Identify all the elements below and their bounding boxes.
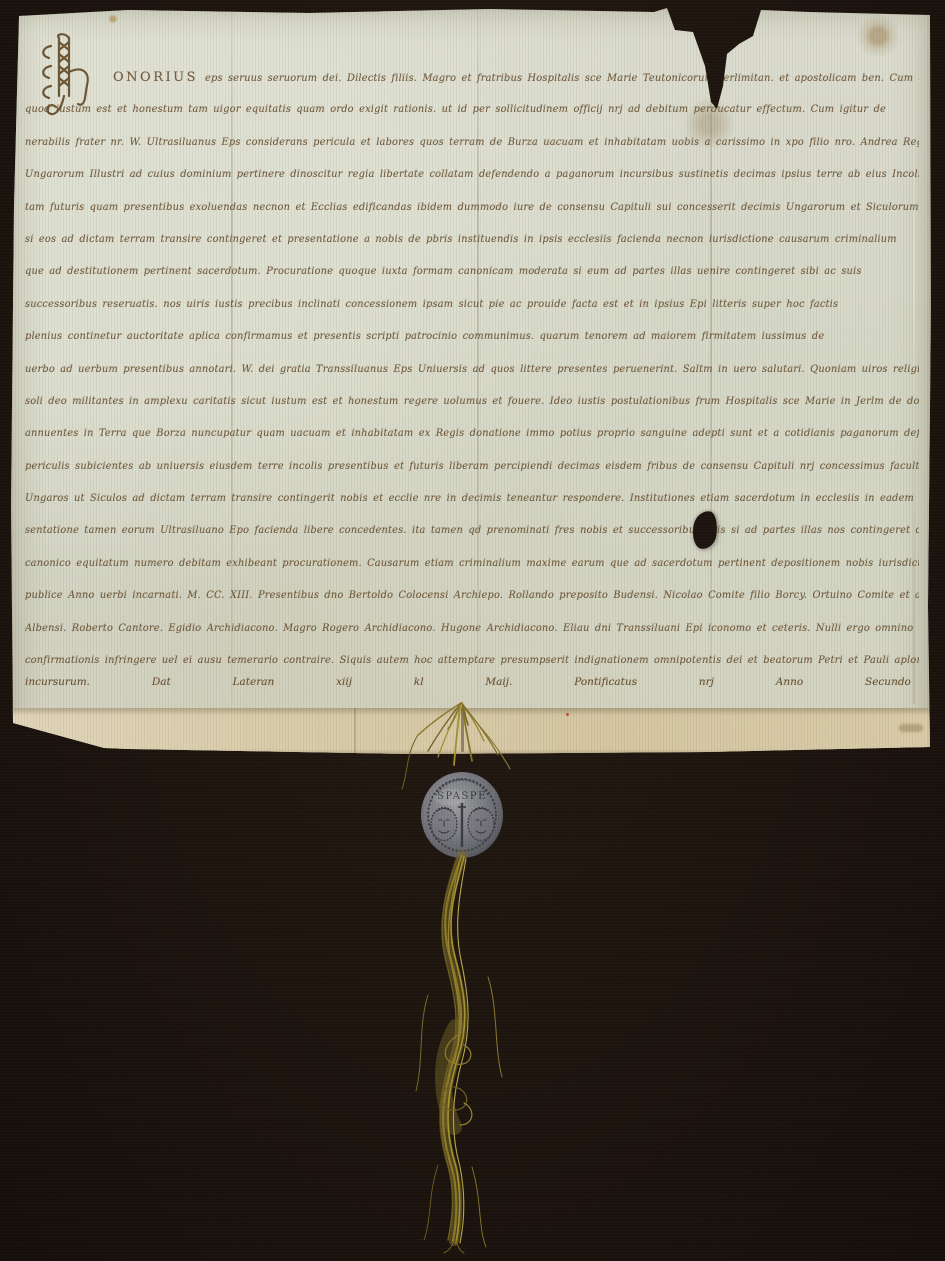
manuscript-line: que ad destitutionem pertinent sacerdotu… (25, 256, 919, 288)
manuscript-line: uerbo ad uerbum presentibus annotari. W.… (25, 354, 919, 386)
dating-word: Pontificatus (574, 676, 637, 688)
manuscript-line: Ungaros ut Siculos ad dictam terram tran… (25, 483, 919, 515)
manuscript-line: soli deo militantes in amplexu caritatis… (25, 386, 919, 418)
opening-word-capitals: ONORIUS (113, 70, 198, 85)
manuscript-text-block: ONORIUSeps seruus seruorum dei. Dilectis… (25, 62, 919, 677)
manuscript-line: plenius continetur auctoritate aplica co… (25, 321, 919, 353)
manuscript-line-text: eps seruus seruorum dei. Dilectis filiis… (205, 73, 919, 84)
dating-word: incursurum. (25, 676, 90, 688)
dating-word: nrj (699, 676, 714, 688)
manuscript-line: tam futuris quam presentibus exoluendas … (25, 192, 919, 224)
photo-stage: ONORIUSeps seruus seruorum dei. Dilectis… (0, 0, 945, 1261)
manuscript-line: ONORIUSeps seruus seruorum dei. Dilectis… (25, 62, 919, 94)
papal-bulla-seal: SPASPE (398, 695, 538, 1255)
plica-crease (354, 708, 356, 754)
dating-word: xiij (336, 676, 352, 688)
dating-word: Anno (776, 676, 803, 688)
manuscript-line: Ungarorum Illustri ad cuius dominium per… (25, 159, 919, 191)
manuscript-line: canonico equitatum numero debitam exhibe… (25, 548, 919, 580)
manuscript-line: si eos ad dictam terram transire conting… (25, 224, 919, 256)
manuscript-line: quod iustum est et honestum tam uigor eq… (25, 94, 919, 126)
manuscript-line: annuentes in Terra que Borza nuncupatur … (25, 418, 919, 450)
manuscript-line: Albensi. Roberto Cantore. Egidio Archidi… (25, 613, 919, 645)
manuscript-line: publice Anno uerbi incarnati. M. CC. XII… (25, 580, 919, 612)
dating-word: Maij. (485, 676, 512, 688)
dating-word: kl (414, 676, 424, 688)
bulla-face: SPASPE (421, 772, 503, 858)
manuscript-line: successoribus reseruatis. nos uiris iust… (25, 289, 919, 321)
dating-clause-line: incursurum. Dat Lateran xiij kl Maij. Po… (25, 676, 911, 688)
cord-tail (416, 855, 502, 1253)
dating-word: Secundo (865, 676, 911, 688)
manuscript-line: confirmationis infringere uel ei ausu te… (25, 645, 919, 677)
manuscript-line: sentatione tamen eorum Ultrasiluano Epo … (25, 515, 919, 547)
manuscript-line: nerabilis frater nr. W. Ultrasiluanus Ep… (25, 127, 919, 159)
parchment-sheet: ONORIUSeps seruus seruorum dei. Dilectis… (9, 6, 931, 754)
seal-and-cords-icon: SPASPE (398, 695, 538, 1255)
dating-word: Lateran (233, 676, 275, 688)
dating-word: Dat (152, 676, 171, 688)
archival-mark (899, 724, 923, 732)
manuscript-line: periculis subicientes ab uniuersis eiusd… (25, 451, 919, 483)
red-ink-speck (566, 713, 569, 716)
